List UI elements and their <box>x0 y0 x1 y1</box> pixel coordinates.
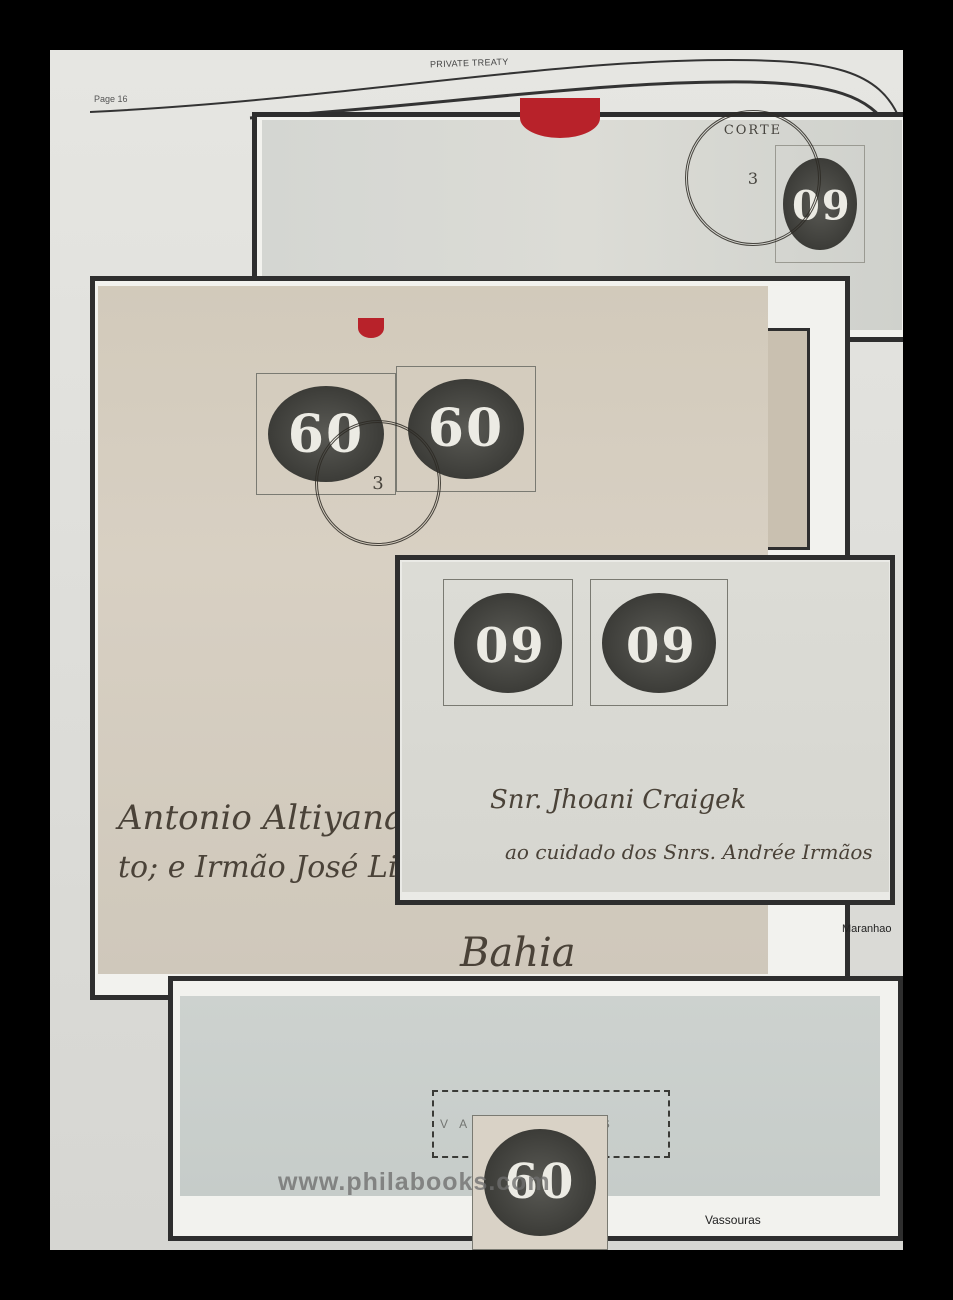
catalog-page: PRIVATE TREATY Page 16 60 CORTE 3 60 60 … <box>50 50 903 1250</box>
watermark: www.philabooks.com <box>278 1168 551 1197</box>
caption-maranhao: Maranhao <box>842 923 892 935</box>
address-line-2: ao cuidado dos Snrs. Andrée Irmãos <box>505 840 873 864</box>
stamp-maranhao-left: 60 <box>443 579 573 706</box>
postmark-date: 3 <box>748 169 758 188</box>
stamp-maranhao-right: 60 <box>590 579 728 706</box>
address-line-2: to; e Irmão José Li <box>118 850 397 885</box>
address-line-1: Snr. Jhoani Craigek <box>490 785 746 815</box>
caption-vassouras: Vassouras <box>705 1213 761 1227</box>
stamp-value: 60 <box>473 615 544 671</box>
postmark-corte: CORTE 3 <box>685 110 821 246</box>
stamp-value: 60 <box>624 615 695 671</box>
postmark-text: CORTE <box>724 123 782 138</box>
stamp-value: 60 <box>428 398 504 459</box>
wax-seal <box>520 98 600 138</box>
address-line-1: Antonio Altiyana <box>118 798 404 838</box>
page-number: Page 16 <box>94 94 128 104</box>
postmark-date: 3 <box>372 473 383 494</box>
wax-seal-small <box>358 318 384 338</box>
destination: Bahia <box>460 930 576 976</box>
postmark-bahia: 3 <box>315 420 441 546</box>
